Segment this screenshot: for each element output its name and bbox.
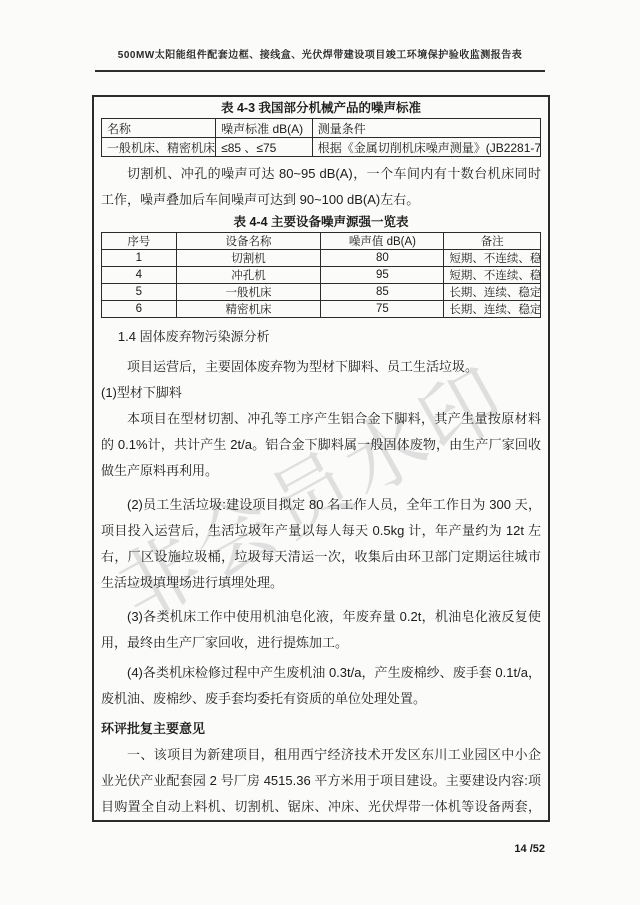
- eia-approval-heading: 环评批复主要意见: [101, 716, 541, 742]
- cell-no: 6: [102, 301, 177, 318]
- solid-waste-item1-body: 本项目在型材切割、冲孔等工序产生铝合金下脚料，其产生量按原材料的 0.1%计，共…: [101, 406, 541, 484]
- table-cell-name: 一般机床、精密机床: [102, 138, 216, 157]
- cell-no: 1: [102, 250, 177, 267]
- table-4-4-title: 表 4-4 主要设备噪声源强一览表: [101, 215, 541, 230]
- solid-waste-item4-body: (4)各类机床检修过程中产生废机油 0.3t/a，产生废棉纱、废手套 0.1t/…: [101, 660, 541, 712]
- cell-noise: 80: [321, 250, 444, 267]
- table-row: 1 切割机 80 短期、不连续、稳定: [102, 250, 541, 267]
- solid-waste-section-heading: 1.4 固体废弃物污染源分析: [101, 324, 541, 350]
- table-4-3-header-standard: 噪声标准 dB(A): [216, 119, 313, 138]
- cell-remark: 长期、连续、稳定: [444, 284, 541, 301]
- table-4-4-header-equipment: 设备名称: [176, 233, 321, 250]
- table-4-3: 名称 噪声标准 dB(A) 测量条件 一般机床、精密机床 ≤85 、≤75 根据…: [101, 118, 541, 157]
- table-4-4-header-row: 序号 设备名称 噪声值 dB(A) 备注: [102, 233, 541, 250]
- table-4-4-header-noise: 噪声值 dB(A): [321, 233, 444, 250]
- document-page: 非会员水印 500MW太阳能组件配套边框、接线盒、光伏焊带建设项目竣工环境保护验…: [0, 0, 640, 905]
- table-4-3-header-name: 名称: [102, 119, 216, 138]
- table-4-3-header-condition: 测量条件: [312, 119, 540, 138]
- report-content-box: 表 4-3 我国部分机械产品的噪声标准 名称 噪声标准 dB(A) 测量条件 一…: [92, 95, 550, 822]
- cell-noise: 75: [321, 301, 444, 318]
- solid-waste-item3-body: (3)各类机床工作中使用机油皂化液，年废弃量 0.2t，机油皂化液反复使用，最终…: [101, 604, 541, 656]
- cell-remark: 长期、连续、稳定: [444, 301, 541, 318]
- cell-equipment: 一般机床: [176, 284, 321, 301]
- eia-approval-body: 一、该项目为新建项目，租用西宁经济技术开发区东川工业园区中小企业光伏产业配套园 …: [101, 742, 541, 822]
- table-row: 4 冲孔机 95 短期、不连续、稳定: [102, 267, 541, 284]
- table-4-4-header-remark: 备注: [444, 233, 541, 250]
- table-row: 一般机床、精密机床 ≤85 、≤75 根据《金属切削机床噪声测量》(JB2281…: [102, 138, 541, 157]
- table-4-3-title: 表 4-3 我国部分机械产品的噪声标准: [101, 101, 541, 116]
- cell-remark: 短期、不连续、稳定: [444, 250, 541, 267]
- cell-remark: 短期、不连续、稳定: [444, 267, 541, 284]
- document-header-title: 500MW太阳能组件配套边框、接线盒、光伏焊带建设项目竣工环境保护验收监测报告表: [0, 46, 640, 61]
- cell-equipment: 冲孔机: [176, 267, 321, 284]
- table-row: 5 一般机床 85 长期、连续、稳定: [102, 284, 541, 301]
- cell-no: 5: [102, 284, 177, 301]
- cell-equipment: 切割机: [176, 250, 321, 267]
- table-4-4-header-no: 序号: [102, 233, 177, 250]
- table-row: 6 精密机床 75 长期、连续、稳定: [102, 301, 541, 318]
- table-4-3-header-row: 名称 噪声标准 dB(A) 测量条件: [102, 119, 541, 138]
- solid-waste-item2-body: (2)员工生活垃圾:建设项目拟定 80 名工作人员，全年工作日为 300 天，项…: [101, 492, 541, 596]
- cell-noise: 85: [321, 284, 444, 301]
- page-number: 14 /52: [514, 843, 545, 855]
- table-cell-condition: 根据《金属切削机床噪声测量》(JB2281-78): [312, 138, 540, 157]
- cell-noise: 95: [321, 267, 444, 284]
- solid-waste-item1-title: (1)型材下脚料: [101, 380, 541, 406]
- table-cell-standard: ≤85 、≤75: [216, 138, 313, 157]
- cell-no: 4: [102, 267, 177, 284]
- cell-equipment: 精密机床: [176, 301, 321, 318]
- table-4-4: 序号 设备名称 噪声值 dB(A) 备注 1 切割机 80 短期、不连续、稳定 …: [101, 232, 541, 318]
- noise-paragraph: 切割机、冲孔的噪声可达 80~95 dB(A)，一个车间内有十数台机床同时工作，…: [101, 161, 541, 213]
- header-underline: [95, 70, 545, 72]
- solid-waste-intro: 项目运营后，主要固体废弃物为型材下脚料、员工生活垃圾。: [101, 354, 541, 380]
